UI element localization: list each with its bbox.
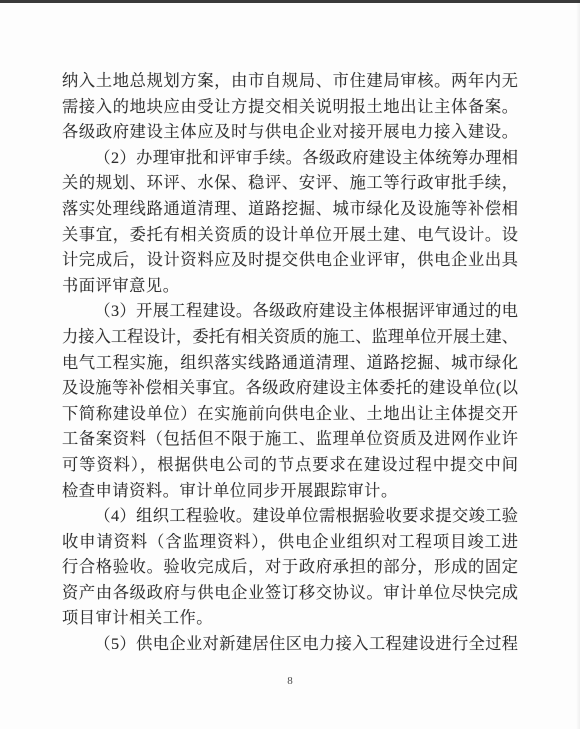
text-line: 落实处理线路通道清理、道路挖掘、城市绿化及设施等补偿相: [62, 197, 518, 223]
text-line-paragraph-end: 检查申请资料。审计单位同步开展跟踪审计。: [62, 479, 518, 505]
text-line: 行合格验收。验收完成后，对于政府承担的部分，形成的固定: [62, 555, 518, 581]
text-line: 电气工程实施，组织落实线路通道清理、道路挖掘、城市绿化: [62, 351, 518, 377]
page-number: 8: [0, 675, 580, 687]
document-body: 纳入土地总规划方案，由市自规局、市住建局审核。两年内无 需接入的地块应由受让方提…: [62, 69, 518, 658]
text-line: 需接入的地块应由受让方提交相关说明报土地出让主体备案。: [62, 95, 518, 121]
text-line-paragraph-start: （5）供电企业对新建居住区电力接入工程建设进行全过程: [62, 632, 518, 658]
text-line: 纳入土地总规划方案，由市自规局、市住建局审核。两年内无: [62, 69, 518, 95]
text-line: 及设施等补偿相关事宜。各级政府建设主体委托的建设单位(以: [62, 376, 518, 402]
text-line: 各级政府建设主体应及时与供电企业对接开展电力接入建设。: [62, 120, 518, 146]
text-line: 关的规划、环评、水保、稳评、安评、施工等行政审批手续，: [62, 171, 518, 197]
text-line: 工备案资料（包括但不限于施工、监理单位资质及进网作业许: [62, 427, 518, 453]
scan-top-rule: [0, 0, 580, 3]
text-line: 下简称建设单位）在实施前向供电企业、土地出让主体提交开: [62, 402, 518, 428]
text-line: 力接入工程设计，委托有相关资质的施工、监理单位开展土建、: [62, 325, 518, 351]
text-line: 计完成后，设计资料应及时提交供电企业评审，供电企业出具: [62, 248, 518, 274]
text-line: 资产由各级政府与供电企业签订移交协议。审计单位尽快完成: [62, 581, 518, 607]
scan-right-edge-shadow: [576, 0, 580, 729]
text-line: 关事宜，委托有相关资质的设计单位开展土建、电气设计。设: [62, 223, 518, 249]
text-line-paragraph-start: （4）组织工程验收。建设单位需根据验收要求提交竣工验: [62, 504, 518, 530]
text-line-paragraph-end: 书面评审意见。: [62, 274, 518, 300]
text-line-paragraph-start: （2）办理审批和评审手续。各级政府建设主体统筹办理相: [62, 146, 518, 172]
text-line-paragraph-start: （3）开展工程建设。各级政府建设主体根据评审通过的电: [62, 299, 518, 325]
text-line: 收申请资料（含监理资料），供电企业组织对工程项目竣工进: [62, 530, 518, 556]
text-line: 可等资料），根据供电公司的节点要求在建设过程中提交中间: [62, 453, 518, 479]
text-line-paragraph-end: 项目审计相关工作。: [62, 606, 518, 632]
